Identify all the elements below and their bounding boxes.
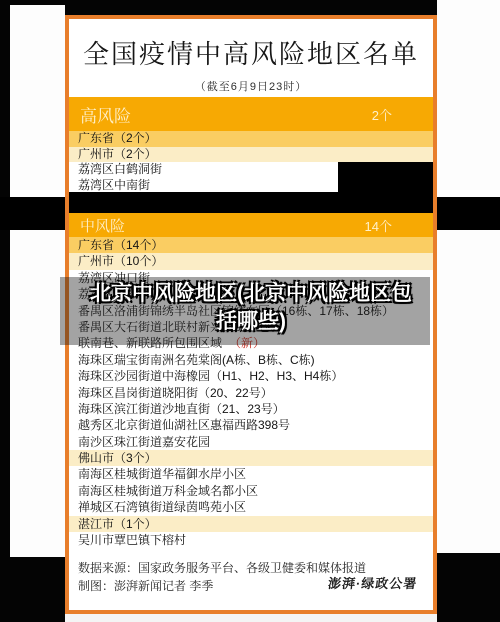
risk-area-row: 南海区桂城街道华福御水岸小区	[69, 466, 433, 482]
poster-footer: 数据来源：国家政务服务平台、各级卫健委和媒体报道 制图：澎湃新闻记者 李季 澎湃…	[69, 548, 433, 595]
high-risk-list: 广东省（2个）广州市（2个）荔湾区白鹤洞街荔湾区中南街	[69, 131, 433, 192]
risk-area-row-text: 吴川市覃巴镇下榕村	[78, 533, 186, 547]
risk-area-row: 佛山市（3个）	[69, 450, 433, 466]
risk-area-row: 广东省（14个）	[69, 237, 433, 253]
risk-area-row-text: 海珠区沙园街道中海橡园（H1、H2、H3、H4栋）	[78, 369, 343, 383]
risk-area-row-text: 越秀区北京街道仙湖社区惠福西路398号	[78, 418, 290, 432]
risk-area-row: 湛江市（1个）	[69, 516, 433, 532]
overlay-caption-text: 北京中风险地区(北京中风险地区包括哪些)	[82, 280, 420, 336]
risk-area-row-text: 湛江市（1个）	[78, 517, 157, 531]
risk-area-row-text: 广州市（2个）	[78, 147, 157, 161]
risk-area-row-text: 海珠区瑞宝街南洲名苑棠阁(A栋、B栋、C栋)	[78, 353, 315, 367]
publisher-logo: 澎湃·绿政公署	[327, 575, 418, 593]
bottom-white-sliver	[65, 614, 437, 622]
risk-area-row: 禅城区石湾镇街道绿茵鸣苑小区	[69, 499, 433, 515]
risk-area-row: 荔湾区白鹤洞街	[69, 162, 338, 178]
risk-area-row-text: 广东省（2个）	[78, 131, 157, 145]
high-risk-header: 高风险 2个	[69, 97, 433, 131]
risk-area-row-text: 海珠区滨江街道沙地直街（21、23号）	[78, 402, 285, 416]
poster-title-area: 全国疫情中高风险地区名单 （截至6月9日23时）	[69, 19, 433, 97]
risk-area-row-text: 广东省（14个）	[78, 238, 163, 252]
risk-area-row: 南海区桂城街道万科金域名都小区	[69, 483, 433, 499]
black-zone: 荔湾区白鹤洞街荔湾区中南街	[69, 162, 433, 192]
risk-area-row-text: 禅城区石湾镇街道绿茵鸣苑小区	[78, 500, 246, 514]
risk-area-row-text: 佛山市（3个）	[78, 451, 157, 465]
medium-risk-label: 中风险	[80, 215, 125, 236]
risk-area-row: 海珠区滨江街道沙地直街（21、23号）	[69, 401, 433, 417]
risk-area-row-text: 荔湾区中南街	[78, 178, 150, 192]
screenshot-canvas: 全国疫情中高风险地区名单 （截至6月9日23时） 高风险 2个 广东省（2个）广…	[0, 0, 500, 622]
right-white-panel	[437, 0, 500, 553]
medium-risk-count: 14个	[365, 216, 392, 235]
high-risk-label: 高风险	[80, 102, 131, 127]
risk-area-row-text: 海珠区昌岗街道晓阳街（20、22号）	[78, 386, 273, 400]
risk-area-row: 荔湾区中南街	[69, 178, 338, 194]
medium-risk-header: 中风险 14个	[69, 213, 433, 237]
risk-area-row: 吴川市覃巴镇下榕村	[69, 532, 433, 548]
risk-area-row-text: 荔湾区白鹤洞街	[78, 162, 162, 176]
risk-area-row-text: 南海区桂城街道华福御水岸小区	[78, 467, 246, 481]
risk-area-row: 广东省（2个）	[69, 131, 433, 147]
risk-area-row: 广州市（2个）	[69, 147, 433, 163]
section-divider-black	[69, 192, 433, 213]
risk-area-row: 越秀区北京街道仙湖社区惠福西路398号	[69, 417, 433, 433]
risk-area-row: 海珠区瑞宝街南洲名苑棠阁(A栋、B栋、C栋)	[69, 352, 433, 368]
risk-area-row: 广州市（10个）	[69, 253, 433, 269]
risk-area-row-text: 南沙区珠江街道嘉安花园	[78, 435, 210, 449]
risk-area-row: 海珠区沙园街道中海橡园（H1、H2、H3、H4栋）	[69, 368, 433, 384]
poster-title: 全国疫情中高风险地区名单	[69, 19, 433, 71]
risk-area-row-text: 南海区桂城街道万科金域名都小区	[78, 484, 258, 498]
poster-subtitle: （截至6月9日23时）	[69, 78, 433, 94]
street-white-box: 荔湾区白鹤洞街荔湾区中南街	[69, 162, 338, 192]
high-risk-count: 2个	[372, 105, 392, 124]
risk-area-row: 南沙区珠江街道嘉安花园	[69, 434, 433, 450]
risk-area-row-text: 广州市（10个）	[78, 254, 163, 268]
risk-area-row: 海珠区昌岗街道晓阳街（20、22号）	[69, 385, 433, 401]
left-white-panel	[10, 5, 65, 557]
